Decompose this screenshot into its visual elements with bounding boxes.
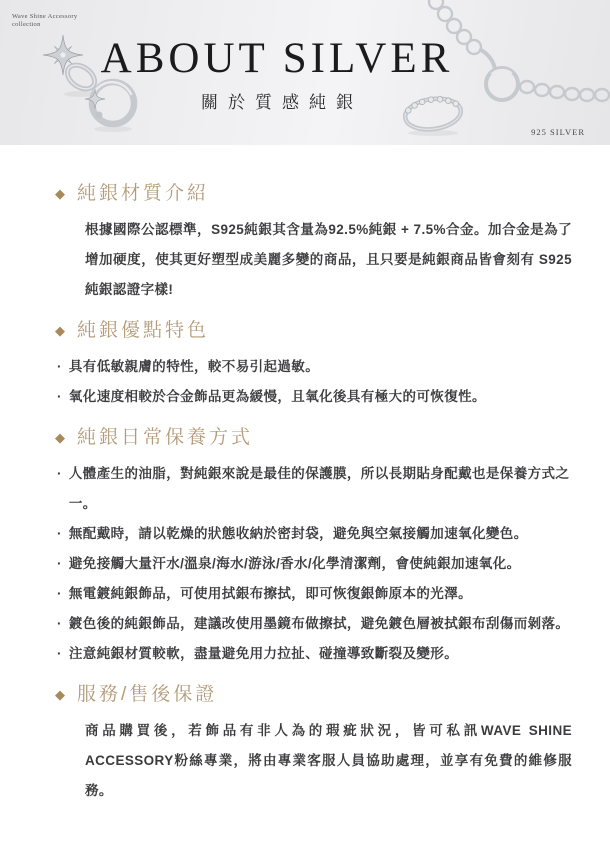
section-body: 根據國際公認標準，S925純銀其含量為92.5%純銀 + 7.5%合金。加合金是… (55, 215, 572, 305)
brand-label: Wave Shine Accessory collection (12, 13, 77, 29)
bullet-item: ·無電鍍純銀飾品，可使用拭銀布擦拭，即可恢復銀飾原本的光澤。 (57, 579, 572, 609)
bullet-text: 無配戴時，請以乾燥的狀態收納於密封袋，避免與空氣接觸加速氧化變色。 (69, 519, 528, 549)
star-ring-icon (43, 35, 99, 97)
section-body: ·人體產生的油脂，對純銀來說是最佳的保護膜，所以長期貼身配戴也是保養方式之一。·… (55, 459, 572, 669)
section-body: ·具有低敏親膚的特性，較不易引起過敏。·氧化速度相較於合金飾品更為緩慢，且氧化後… (55, 352, 572, 412)
bullet-text: 鍍色後的純銀飾品，建議改使用墨鏡布做擦拭，避免鍍色層被拭銀布刮傷而剝落。 (69, 609, 569, 639)
bullet-text: 氧化速度相較於合金飾品更為緩慢，且氧化後具有極大的可恢復性。 (69, 382, 486, 412)
bullet-dot-icon: · (57, 609, 62, 639)
section-body: 商品購買後，若飾品有非人為的瑕疵狀況，皆可私訊WAVE SHINE ACCESS… (55, 716, 572, 806)
bullet-item: ·鍍色後的純銀飾品，建議改使用墨鏡布做擦拭，避免鍍色層被拭銀布刮傷而剝落。 (57, 609, 572, 639)
section: ◆ 服務/售後保證 商品購買後，若飾品有非人為的瑕疵狀況，皆可私訊WAVE SH… (55, 683, 572, 806)
bullet-text: 注意純銀材質較軟，盡量避免用力拉扯、碰撞導致斷裂及變形。 (69, 639, 458, 669)
section: ◆ 純銀日常保養方式 ·人體產生的油脂，對純銀來說是最佳的保護膜，所以長期貼身配… (55, 426, 572, 669)
bullet-item: ·人體產生的油脂，對純銀來說是最佳的保護膜，所以長期貼身配戴也是保養方式之一。 (57, 459, 572, 519)
banner-watermark: 925 SILVER (531, 127, 585, 137)
bullet-text: 避免接觸大量汗水/溫泉/海水/游泳/香水/化學清潔劑，會使純銀加速氧化。 (69, 549, 521, 579)
banner: Wave Shine Accessory collection ABOUT SI… (0, 0, 610, 145)
brand-line2: collection (12, 21, 77, 29)
section-heading-text: 純銀材質介紹 (77, 182, 209, 206)
bullet-dot-icon: · (57, 382, 62, 412)
section-heading-text: 純銀日常保養方式 (77, 426, 253, 450)
diamond-icon: ◆ (55, 683, 65, 707)
bullet-dot-icon: · (57, 639, 62, 669)
diamond-icon: ◆ (55, 319, 65, 343)
bullet-item: ·注意純銀材質較軟，盡量避免用力拉扯、碰撞導致斷裂及變形。 (57, 639, 572, 669)
brand-line1: Wave Shine Accessory (12, 13, 77, 21)
bullet-text: 人體產生的油脂，對純銀來說是最佳的保護膜，所以長期貼身配戴也是保養方式之一。 (69, 459, 572, 519)
section: ◆ 純銀材質介紹 根據國際公認標準，S925純銀其含量為92.5%純銀 + 7.… (55, 182, 572, 305)
diamond-icon: ◆ (55, 182, 65, 206)
bullet-dot-icon: · (57, 579, 62, 609)
bullet-item: ·避免接觸大量汗水/溫泉/海水/游泳/香水/化學清潔劑，會使純銀加速氧化。 (57, 549, 572, 579)
bullet-dot-icon: · (57, 519, 62, 549)
bullet-dot-icon: · (57, 352, 62, 382)
bullet-text: 具有低敏親膚的特性，較不易引起過敏。 (69, 352, 319, 382)
diamond-icon: ◆ (55, 426, 65, 450)
section-heading: ◆ 服務/售後保證 (55, 683, 572, 707)
bullet-dot-icon: · (57, 459, 62, 519)
section-heading-text: 純銀優點特色 (77, 319, 209, 343)
section-heading: ◆ 純銀日常保養方式 (55, 426, 572, 450)
sections: ◆ 純銀材質介紹 根據國際公認標準，S925純銀其含量為92.5%純銀 + 7.… (0, 182, 610, 842)
bullet-text: 無電鍍純銀飾品，可使用拭銀布擦拭，即可恢復銀飾原本的光澤。 (69, 579, 472, 609)
section-heading-text: 服務/售後保證 (77, 683, 217, 707)
about-silver-page: Wave Shine Accessory collection ABOUT SI… (0, 0, 610, 842)
banner-title-group: ABOUT SILVER 關於質感純銀 (92, 0, 462, 113)
section: ◆ 純銀優點特色 ·具有低敏親膚的特性，較不易引起過敏。·氧化速度相較於合金飾品… (55, 319, 572, 412)
section-paragraph: 根據國際公認標準，S925純銀其含量為92.5%純銀 + 7.5%合金。加合金是… (85, 215, 572, 305)
banner-subtitle: 關於質感純銀 (92, 88, 462, 113)
bullet-item: ·氧化速度相較於合金飾品更為緩慢，且氧化後具有極大的可恢復性。 (57, 382, 572, 412)
bullet-item: ·具有低敏親膚的特性，較不易引起過敏。 (57, 352, 572, 382)
bullet-item: ·無配戴時，請以乾燥的狀態收納於密封袋，避免與空氣接觸加速氧化變色。 (57, 519, 572, 549)
section-heading: ◆ 純銀優點特色 (55, 319, 572, 343)
banner-title: ABOUT SILVER (92, 36, 462, 82)
section-heading: ◆ 純銀材質介紹 (55, 182, 572, 206)
bullet-dot-icon: · (57, 549, 62, 579)
section-paragraph: 商品購買後，若飾品有非人為的瑕疵狀況，皆可私訊WAVE SHINE ACCESS… (85, 716, 572, 806)
